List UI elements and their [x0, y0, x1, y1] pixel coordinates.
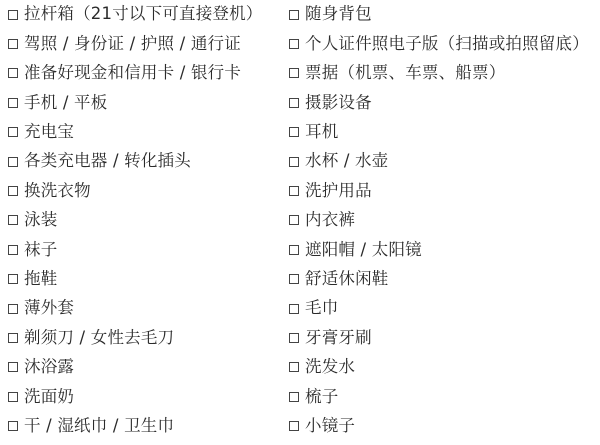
list-item[interactable]: 遮阳帽 / 太阳镜 — [289, 235, 589, 264]
list-item[interactable]: 手机 / 平板 — [8, 88, 263, 117]
list-item[interactable]: 内衣裤 — [289, 206, 589, 235]
list-item[interactable]: 摄影设备 — [289, 88, 589, 117]
list-item[interactable]: 准备好现金和信用卡 / 银行卡 — [8, 59, 263, 88]
item-label: 充电宝 — [24, 124, 74, 141]
list-item[interactable]: 袜子 — [8, 235, 263, 264]
list-item[interactable]: 洗护用品 — [289, 176, 589, 205]
list-item[interactable]: 洗面奶 — [8, 382, 263, 411]
checkbox-icon[interactable] — [289, 127, 299, 137]
checkbox-icon[interactable] — [289, 215, 299, 225]
list-item[interactable]: 耳机 — [289, 118, 589, 147]
checkbox-icon[interactable] — [8, 186, 18, 196]
list-item[interactable]: 梳子 — [289, 382, 589, 411]
item-label: 毛巾 — [305, 300, 338, 317]
checkbox-icon[interactable] — [8, 245, 18, 255]
item-label: 个人证件照电子版（扫描或拍照留底） — [305, 36, 589, 53]
checkbox-icon[interactable] — [8, 68, 18, 78]
checkbox-icon[interactable] — [8, 421, 18, 431]
item-label: 拉杆箱（21寸以下可直接登机） — [24, 6, 263, 23]
item-label: 摄影设备 — [305, 95, 372, 112]
packing-checklist: 拉杆箱（21寸以下可直接登机） 驾照 / 身份证 / 护照 / 通行证 准备好现… — [0, 0, 600, 445]
item-label: 洗面奶 — [24, 389, 74, 406]
checkbox-icon[interactable] — [8, 333, 18, 343]
checkbox-icon[interactable] — [8, 10, 18, 20]
list-item[interactable]: 个人证件照电子版（扫描或拍照留底） — [289, 29, 589, 58]
item-label: 泳装 — [24, 212, 57, 229]
list-item[interactable]: 沐浴露 — [8, 353, 263, 382]
list-item[interactable]: 干 / 湿纸巾 / 卫生巾 — [8, 411, 263, 440]
checklist-right-column: 随身背包 个人证件照电子版（扫描或拍照留底） 票据（机票、车票、船票） 摄影设备… — [289, 0, 589, 441]
list-item[interactable]: 随身背包 — [289, 0, 589, 29]
checkbox-icon[interactable] — [8, 127, 18, 137]
checkbox-icon[interactable] — [289, 98, 299, 108]
item-label: 耳机 — [305, 124, 338, 141]
list-item[interactable]: 小镜子 — [289, 411, 589, 440]
item-label: 遮阳帽 / 太阳镜 — [305, 242, 422, 259]
item-label: 手机 / 平板 — [24, 95, 107, 112]
list-item[interactable]: 各类充电器 / 转化插头 — [8, 147, 263, 176]
item-label: 洗护用品 — [305, 183, 372, 200]
checkbox-icon[interactable] — [289, 157, 299, 167]
checkbox-icon[interactable] — [8, 392, 18, 402]
item-label: 拖鞋 — [24, 271, 57, 288]
item-label: 准备好现金和信用卡 / 银行卡 — [24, 65, 241, 82]
checkbox-icon[interactable] — [289, 274, 299, 284]
item-label: 洗发水 — [305, 359, 355, 376]
checkbox-icon[interactable] — [8, 215, 18, 225]
list-item[interactable]: 驾照 / 身份证 / 护照 / 通行证 — [8, 29, 263, 58]
checkbox-icon[interactable] — [289, 10, 299, 20]
item-label: 小镜子 — [305, 418, 355, 435]
checkbox-icon[interactable] — [289, 68, 299, 78]
list-item[interactable]: 泳装 — [8, 206, 263, 235]
checkbox-icon[interactable] — [289, 362, 299, 372]
list-item[interactable]: 拖鞋 — [8, 265, 263, 294]
checkbox-icon[interactable] — [8, 98, 18, 108]
item-label: 薄外套 — [24, 300, 74, 317]
list-item[interactable]: 毛巾 — [289, 294, 589, 323]
item-label: 袜子 — [24, 242, 57, 259]
item-label: 票据（机票、车票、船票） — [305, 65, 505, 82]
list-item[interactable]: 牙膏牙刷 — [289, 323, 589, 352]
item-label: 干 / 湿纸巾 / 卫生巾 — [24, 418, 174, 435]
item-label: 舒适休闲鞋 — [305, 271, 389, 288]
checklist-left-column: 拉杆箱（21寸以下可直接登机） 驾照 / 身份证 / 护照 / 通行证 准备好现… — [8, 0, 263, 441]
list-item[interactable]: 薄外套 — [8, 294, 263, 323]
item-label: 驾照 / 身份证 / 护照 / 通行证 — [24, 36, 241, 53]
item-label: 剃须刀 / 女性去毛刀 — [24, 330, 174, 347]
checkbox-icon[interactable] — [289, 333, 299, 343]
item-label: 随身背包 — [305, 6, 372, 23]
list-item[interactable]: 水杯 / 水壶 — [289, 147, 589, 176]
checkbox-icon[interactable] — [8, 157, 18, 167]
list-item[interactable]: 票据（机票、车票、船票） — [289, 59, 589, 88]
item-label: 内衣裤 — [305, 212, 355, 229]
checkbox-icon[interactable] — [8, 39, 18, 49]
list-item[interactable]: 充电宝 — [8, 118, 263, 147]
item-label: 换洗衣物 — [24, 183, 91, 200]
item-label: 梳子 — [305, 389, 338, 406]
list-item[interactable]: 舒适休闲鞋 — [289, 265, 589, 294]
checkbox-icon[interactable] — [289, 392, 299, 402]
checkbox-icon[interactable] — [289, 186, 299, 196]
checkbox-icon[interactable] — [289, 304, 299, 314]
checkbox-icon[interactable] — [289, 245, 299, 255]
checkbox-icon[interactable] — [8, 304, 18, 314]
item-label: 牙膏牙刷 — [305, 330, 372, 347]
list-item[interactable]: 洗发水 — [289, 353, 589, 382]
item-label: 沐浴露 — [24, 359, 74, 376]
list-item[interactable]: 换洗衣物 — [8, 176, 263, 205]
list-item[interactable]: 拉杆箱（21寸以下可直接登机） — [8, 0, 263, 29]
checkbox-icon[interactable] — [289, 421, 299, 431]
checkbox-icon[interactable] — [8, 362, 18, 372]
item-label: 水杯 / 水壶 — [305, 153, 388, 170]
list-item[interactable]: 剃须刀 / 女性去毛刀 — [8, 323, 263, 352]
checkbox-icon[interactable] — [8, 274, 18, 284]
checkbox-icon[interactable] — [289, 39, 299, 49]
item-label: 各类充电器 / 转化插头 — [24, 153, 191, 170]
